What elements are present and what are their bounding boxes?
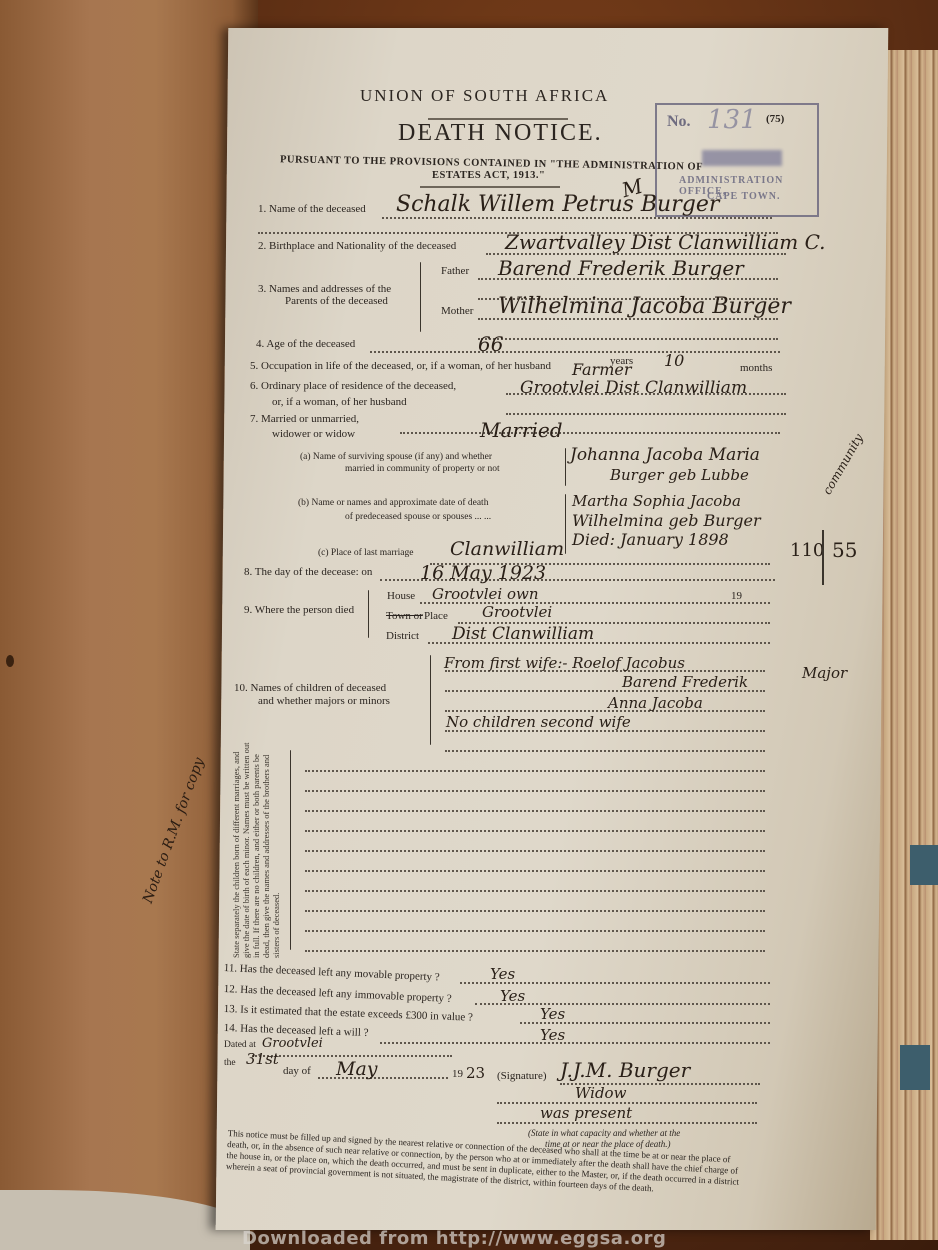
field-10-label-2: and whether majors or minors (258, 695, 390, 707)
field-7b-value-2: Wilhelmina geb Burger (572, 511, 761, 530)
field-7b-label-1: (b) Name or names and approximate date o… (298, 498, 488, 508)
day-value: 31st (246, 1050, 279, 1068)
subtitle-line2: ESTATES ACT, 1913." (432, 170, 545, 181)
year-prefix: 19 (452, 1068, 463, 1080)
field-7b-label-2: of predeceased spouse or spouses ... ... (345, 512, 491, 522)
dotted-line (305, 770, 765, 772)
house-label: House (387, 590, 415, 602)
age-years: 66 (478, 332, 503, 356)
brace (290, 750, 291, 950)
child-2: Barend Frederik (622, 673, 748, 691)
brace (565, 448, 566, 486)
dotted-line (370, 351, 780, 353)
field-7-label-1: 7. Married or unmarried, (250, 413, 359, 425)
field-8-value: 16 May 1923 (420, 562, 546, 584)
field-7a-label-2: married in community of property or not (345, 464, 500, 474)
house-value: Grootvlei own (432, 585, 539, 603)
place-value: Grootvlei (482, 603, 552, 621)
field-6-label-2: or, if a woman, of her husband (272, 396, 407, 408)
dotted-line (400, 432, 780, 434)
brace (368, 590, 369, 638)
field-7-value: Married (480, 418, 563, 442)
place-label-struck: Town or (386, 610, 423, 622)
father-value: Barend Frederik Burger (498, 256, 744, 280)
the-label: the (224, 1058, 236, 1068)
field-1-label: 1. Name of the deceased (258, 203, 366, 215)
stamp-no-label: No. (667, 113, 691, 131)
dotted-line (305, 910, 765, 912)
field-13-value: Yes (540, 1005, 565, 1023)
blue-tab (900, 1045, 930, 1090)
dotted-line (305, 870, 765, 872)
reference-a: 110 (790, 540, 824, 561)
dotted-line (506, 413, 786, 415)
field-7a-label-1: (a) Name of surviving spouse (if any) an… (300, 452, 492, 462)
field-1-value: Schalk Willem Petrus Burger (396, 192, 719, 217)
child-3: Anna Jacoba (608, 694, 703, 712)
brace (420, 262, 421, 332)
dotted-line (305, 810, 765, 812)
blue-tab (910, 845, 938, 885)
brace (565, 494, 566, 554)
field-5-label: 5. Occupation in life of the deceased, o… (250, 360, 551, 372)
field-2-value: Zwartvalley Dist Clanwilliam C. (505, 230, 826, 254)
divider (822, 530, 824, 585)
mother-label: Mother (441, 305, 473, 317)
dotted-line (380, 1042, 770, 1044)
child-4: No children second wife (446, 713, 631, 731)
field-2-label: 2. Birthplace and Nationality of the dec… (258, 240, 456, 252)
field-3-label-1: 3. Names and addresses of the (258, 283, 391, 295)
place-label: Place (424, 610, 448, 622)
field-6-label-1: 6. Ordinary place of residence of the de… (250, 380, 456, 392)
dated-at-label: Dated at (224, 1040, 256, 1050)
signature-value: J.J.M. Burger (560, 1058, 690, 1082)
stamp-date-smudge (702, 150, 782, 166)
field-7a-value-1: Johanna Jacoba Maria (570, 445, 760, 465)
dotted-line (445, 750, 765, 752)
year-suffix: 19 (731, 590, 742, 602)
field-10-label-1: 10. Names of children of deceased (234, 682, 386, 694)
dotted-line (305, 890, 765, 892)
signature-label: (Signature) (497, 1070, 546, 1082)
child-1: From first wife:- Roelof Jacobus (444, 654, 685, 672)
dated-at-value: Grootvlei (262, 1036, 323, 1051)
side-instruction: State separately the children born of di… (231, 738, 281, 958)
dotted-line (478, 338, 778, 340)
field-11-value: Yes (490, 965, 515, 983)
field-7a-value-2: Burger geb Lubbe (610, 466, 749, 484)
day-of-label: day of (283, 1065, 311, 1077)
district-value: Dist Clanwilliam (452, 624, 594, 644)
stain (6, 655, 14, 667)
field-5-value: Farmer (572, 360, 632, 379)
field-7b-value-3: Died: January 1898 (572, 530, 729, 549)
months-label: months (740, 362, 772, 374)
capacity-hint-1: (State in what capacity and whether at t… (528, 1128, 680, 1138)
header-union: UNION OF SOUTH AFRICA (360, 86, 609, 106)
field-8-label: 8. The day of the decease: on (244, 566, 372, 578)
year-value: 23 (466, 1064, 485, 1082)
father-label: Father (441, 265, 469, 277)
dotted-line (445, 710, 765, 712)
capacity-2: was present (540, 1104, 632, 1122)
brace (430, 655, 431, 745)
capacity-1: Widow (575, 1084, 626, 1102)
reference-b: 55 (832, 538, 857, 562)
field-9-label: 9. Where the person died (244, 604, 354, 616)
field-7-label-2: widower or widow (272, 428, 355, 440)
field-7b-value-1: Martha Sophia Jacoba (572, 492, 741, 510)
page-title: DEATH NOTICE. (398, 120, 603, 147)
dotted-line (252, 1055, 452, 1057)
stamp-number: 131 (707, 105, 757, 135)
field-7c-value: Clanwilliam (450, 538, 564, 560)
dotted-line (305, 930, 765, 932)
field-3-label-2: Parents of the deceased (285, 295, 388, 307)
field-4-label: 4. Age of the deceased (256, 338, 355, 350)
field-14-value: Yes (540, 1026, 565, 1044)
dotted-line (305, 850, 765, 852)
field-6-value: Grootvlei Dist Clanwilliam (520, 378, 747, 398)
dotted-line (305, 950, 765, 952)
age-months: 10 (664, 351, 684, 370)
dotted-line (305, 830, 765, 832)
field-7c-label-text: (c) Place of last marriage (318, 548, 413, 558)
watermark: Downloaded from http://www.eggsa.org (242, 1228, 666, 1249)
dotted-line (305, 790, 765, 792)
children-status: Major (802, 664, 847, 682)
month-value: May (336, 1058, 378, 1080)
mother-value: Wilhelmina Jacoba Burger (498, 294, 791, 319)
field-12-value: Yes (500, 987, 525, 1005)
dotted-line (497, 1122, 757, 1124)
subtitle-rule (420, 186, 560, 188)
dotted-line (382, 217, 772, 219)
district-label: District (386, 630, 419, 642)
